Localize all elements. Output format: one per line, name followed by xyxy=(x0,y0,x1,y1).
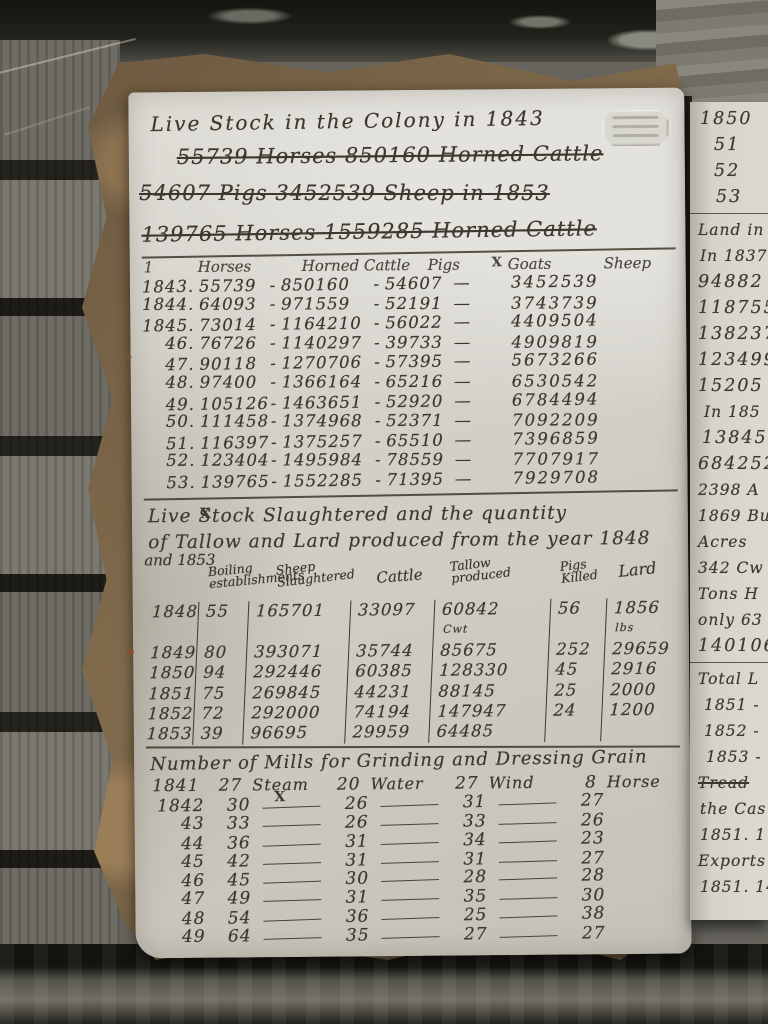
cell-horses: 55739 xyxy=(199,276,265,296)
cell-cattle: 971559 xyxy=(281,294,369,314)
cell-pigs: 52191 xyxy=(385,293,447,313)
cell-sheep: 6784494 xyxy=(512,389,600,410)
dash-line xyxy=(369,831,449,851)
slaughter-row: 185339966952995964485 xyxy=(146,720,677,745)
dash-separator: - xyxy=(370,372,386,392)
cell-year: 1853 xyxy=(146,724,193,745)
dash-separator: - xyxy=(370,411,386,431)
right-page-line: 1869 Bu xyxy=(698,503,768,529)
cell-establishments: 94 xyxy=(195,662,246,683)
right-page-line: 118755 xyxy=(698,295,768,321)
cell-water: 31 xyxy=(331,889,369,908)
ink-rule xyxy=(690,662,768,663)
cell-horses: 111458 xyxy=(200,412,266,432)
page-title: Live Stock in the Colony in 1843 xyxy=(150,104,674,136)
dash-separator: - xyxy=(369,314,385,334)
dash-line xyxy=(369,813,449,832)
cell-year: 46. xyxy=(142,334,199,354)
cell-horses: 139765 xyxy=(201,472,267,492)
cell-establishments: 75 xyxy=(194,683,245,704)
dash-separator: - xyxy=(267,472,283,492)
cell-establishments: 55 xyxy=(197,601,249,642)
cell-year: 45 xyxy=(147,852,213,871)
cell-water: 31 xyxy=(331,851,369,870)
goats-dash: — xyxy=(448,411,478,431)
cell-cattle: 1463651 xyxy=(282,392,370,413)
cell-lard: 1856lbs xyxy=(605,597,683,638)
dash-separator: - xyxy=(369,333,385,353)
cell-sheep: 292446 xyxy=(245,661,348,682)
goats-dash: — xyxy=(447,351,477,371)
dash-line xyxy=(369,906,449,926)
dash-line xyxy=(487,887,567,906)
dash-separator: - xyxy=(370,450,386,470)
cell-wind: 27 xyxy=(444,775,479,794)
cell-cattle: 33097 xyxy=(349,599,435,641)
cell-sheep: 393071 xyxy=(246,641,349,662)
dash-line xyxy=(488,924,568,943)
dash-separator: - xyxy=(266,412,282,432)
col-horses: Horses xyxy=(172,257,302,276)
cell-cattle: 1270706 xyxy=(281,353,369,374)
cell-pigs: 54607 xyxy=(385,274,447,294)
cell-water: 35 xyxy=(332,926,370,945)
right-page-line: Total L xyxy=(698,666,768,692)
cell-water: 30 xyxy=(331,870,369,889)
struck-summary-line: 139765 Horses 1559285 Horned Cattle xyxy=(141,208,675,253)
cell-pigs: 56 xyxy=(549,598,607,639)
cell-sheep: 7396859 xyxy=(512,428,600,449)
cell-cattle: 1164210 xyxy=(281,314,369,335)
dash-separator: - xyxy=(265,294,281,314)
dash-separator: - xyxy=(265,315,281,335)
dash-line xyxy=(369,888,449,907)
cell-pigs: 39733 xyxy=(385,333,447,353)
struck-summary-line: 55739 Horses 850160 Horned Cattle xyxy=(177,134,675,176)
slaughter-row: 1848551657013309760842Cwt561856lbs xyxy=(151,597,683,642)
cell-sheep: 5673266 xyxy=(511,350,599,371)
cell-pigs: 65216 xyxy=(386,372,448,392)
dash-separator: - xyxy=(369,294,385,314)
cell-steam: 42 xyxy=(213,852,251,871)
cell-year: 52. xyxy=(143,451,200,471)
cell-wind: 28 xyxy=(449,868,487,887)
dash-line xyxy=(487,830,567,850)
cell-horse: 27 xyxy=(568,924,606,943)
cell-tallow: 60842Cwt xyxy=(433,598,551,640)
dash-line xyxy=(370,925,450,944)
goats-dash: — xyxy=(447,273,477,293)
title-year-range: and 1853 xyxy=(144,553,215,566)
margin-tick: 1 xyxy=(144,258,172,276)
cell-lard: 1200 xyxy=(601,699,678,720)
cell-tallow: 64485 xyxy=(428,721,545,742)
right-page-line: the Cas xyxy=(700,796,768,822)
cell-establishments: 72 xyxy=(193,703,244,724)
col-lard: Lard xyxy=(618,562,657,578)
cell-establishments: 80 xyxy=(196,642,247,663)
right-page-line: 1850 xyxy=(700,106,768,132)
cell-steam: 27 xyxy=(207,777,242,796)
stain xyxy=(127,648,134,655)
cell-tallow: 85675 xyxy=(432,639,549,660)
col-tallow-produced: Tallow produced xyxy=(449,553,515,584)
right-page-line: 53 xyxy=(716,184,768,210)
cell-wind: 31 xyxy=(448,793,486,812)
cell-water: 20 xyxy=(326,776,361,795)
cell-pigs: 56022 xyxy=(385,313,447,333)
cell-pigs: 45 xyxy=(547,659,604,680)
cell-wind: 35 xyxy=(449,887,487,906)
cell-cattle: 1375257 xyxy=(282,431,370,452)
cell-sheep: 269845 xyxy=(244,682,347,703)
photo-of-manuscript-ledger: Live Stock in the Colony in 1843 55739 H… xyxy=(0,0,768,1024)
right-page-line: 52 xyxy=(714,158,768,184)
right-page-line: In 1837 xyxy=(700,243,768,269)
col-cattle: Cattle xyxy=(376,568,423,584)
x-mark: X xyxy=(200,505,211,521)
dash-line xyxy=(251,908,331,928)
ledger-page: Live Stock in the Colony in 1843 55739 H… xyxy=(128,88,692,959)
dash-line xyxy=(251,833,331,853)
cell-sheep: 7929708 xyxy=(512,467,600,488)
cell-year: 49 xyxy=(148,927,214,946)
cell-cattle: 850160 xyxy=(281,275,369,296)
cell-year: 1848 xyxy=(151,601,199,642)
right-page-line: In 185 xyxy=(704,399,768,425)
goats-dash: — xyxy=(447,312,477,332)
dash-line xyxy=(250,795,330,815)
cell-pigs: 52371 xyxy=(386,411,448,431)
cell-horses: 73014 xyxy=(199,315,265,335)
dash-separator: - xyxy=(369,353,385,373)
cell-cattle: 35744 xyxy=(348,640,433,661)
cell-wind: 34 xyxy=(449,831,487,850)
dash-separator: - xyxy=(370,392,386,412)
livestock-table: 1 Horses Horned Cattle Pigs X Goats Shee… xyxy=(142,254,678,492)
cell-year: 43 xyxy=(147,815,213,834)
right-page-line: 2398 A xyxy=(698,477,768,503)
dash-line xyxy=(368,794,448,814)
cell-sheep: 7707917 xyxy=(512,450,600,470)
cell-steam: 36 xyxy=(213,834,251,853)
cell-cattle: 44231 xyxy=(346,681,431,702)
dash-line xyxy=(251,814,331,833)
cell-sheep: 4409504 xyxy=(511,311,599,332)
cell-wind: 33 xyxy=(449,812,487,831)
right-page-line: 1853 - xyxy=(706,744,768,770)
cell-tallow: 88145 xyxy=(430,680,547,701)
cell-year: 1851 xyxy=(148,683,195,704)
dash-separator: - xyxy=(266,393,282,413)
right-page-line: 1851. 14 xyxy=(700,874,768,900)
cell-year: 48. xyxy=(143,373,200,393)
goats-dash: — xyxy=(448,372,478,392)
livestock-row: 53.139765-1552285-71395—7929708 xyxy=(144,466,678,493)
cell-horses: 64093 xyxy=(199,294,265,314)
right-page-line: 123499 xyxy=(698,347,768,373)
slaughter-rows: 1848551657013309760842Cwt561856lbs 18498… xyxy=(146,597,682,745)
cell-establishments: 39 xyxy=(192,723,243,744)
right-page-line: Acres xyxy=(698,529,768,555)
right-page-line: 1851 - xyxy=(704,692,768,718)
goats-dash: — xyxy=(447,293,477,313)
cell-pigs: 252 xyxy=(548,639,605,660)
col-sheep: Sheep xyxy=(604,254,651,272)
cell-pigs: 78559 xyxy=(386,450,448,470)
cell-cattle: 1552285 xyxy=(283,470,371,491)
dash-separator: - xyxy=(265,333,281,353)
cell-pigs: 24 xyxy=(545,700,602,721)
right-page-line: 684252 xyxy=(698,451,768,477)
right-page-line: 94882 xyxy=(698,269,768,295)
tallow-unit: Cwt xyxy=(443,619,550,640)
right-page-line: 138237 xyxy=(698,321,768,347)
cell-cattle: 1374968 xyxy=(282,411,370,431)
cell-sheep: 165701 xyxy=(247,600,351,642)
dash-line xyxy=(252,926,332,945)
cell-wind: 27 xyxy=(450,925,488,944)
cell-year: 1844. xyxy=(142,294,199,314)
cell-sheep: 96695 xyxy=(242,723,345,744)
cell-year: 53. xyxy=(144,473,201,493)
cell-year: 1850 xyxy=(149,663,196,684)
right-page-line: Land in xyxy=(698,217,768,243)
cell-sheep: 6530542 xyxy=(512,371,600,391)
cell-pigs: 57395 xyxy=(385,352,447,372)
cell-year: 1849 xyxy=(150,642,197,663)
cell-cattle: 1495984 xyxy=(282,450,370,470)
label-steam: Steam xyxy=(242,776,326,796)
cell-horse: 27 xyxy=(566,791,604,810)
slaughter-header-row: and 1853 Boiling establishments Sheep Sl… xyxy=(144,551,678,602)
col-goats: Goats xyxy=(508,255,578,274)
cell-pigs: 52920 xyxy=(386,391,448,411)
cell-pigs xyxy=(544,720,601,741)
dash-line xyxy=(487,905,567,925)
dash-line xyxy=(487,867,567,887)
cell-lard: 2000 xyxy=(602,679,679,700)
cell-sheep: 292000 xyxy=(243,702,346,723)
cell-cattle: 1140297 xyxy=(281,333,369,353)
dash-line xyxy=(251,889,331,908)
right-page-line: Tons H xyxy=(698,581,768,607)
cell-tallow: 147947 xyxy=(429,700,546,721)
right-page-line: only 63 xyxy=(698,607,768,633)
cell-horses: 123404 xyxy=(200,451,266,471)
right-page-line: 15205 xyxy=(698,373,768,399)
dash-line xyxy=(369,869,449,889)
cell-year: 1852 xyxy=(147,703,194,724)
ink-rule xyxy=(690,213,768,214)
dash-separator: - xyxy=(370,431,386,451)
cell-pigs: 25 xyxy=(546,679,603,700)
cell-year: 47 xyxy=(147,890,213,909)
dash-line xyxy=(486,792,566,812)
cell-horse: 23 xyxy=(567,829,605,848)
dash-separator: - xyxy=(370,470,386,490)
cell-year: 50. xyxy=(143,412,200,432)
cell-water: 26 xyxy=(331,813,369,832)
dash-line xyxy=(369,850,449,869)
col-pigs: Pigs xyxy=(428,255,492,274)
cell-lard: 2916 xyxy=(603,658,680,679)
cell-steam: 49 xyxy=(213,890,251,909)
label-wind: Wind xyxy=(479,774,563,794)
struck-summary-line: 54607 Pigs 3452539 Sheep in 1853 xyxy=(139,174,675,212)
tallow-value: 60842 xyxy=(442,598,551,619)
dash-line xyxy=(251,870,331,890)
cell-lard: 29659 xyxy=(604,638,681,659)
cell-cattle: 74194 xyxy=(345,701,430,722)
cell-pigs: 71395 xyxy=(386,469,448,489)
dash-separator: - xyxy=(265,354,281,374)
cell-horses: 97400 xyxy=(200,372,266,392)
dash-line xyxy=(487,812,567,831)
cell-horses: 76726 xyxy=(199,333,265,353)
cell-sheep: 7092209 xyxy=(512,410,600,430)
slaughter-section: X Live Stock Slaughtered and the quantit… xyxy=(144,499,680,744)
goats-dash: — xyxy=(448,430,478,450)
mills-title: Number of Mills for Grinding and Dressin… xyxy=(150,746,680,775)
mills-section: Number of Mills for Grinding and Dressin… xyxy=(146,748,682,947)
col-pigs-killed: Pigs Killed xyxy=(559,556,605,585)
right-page-line: 140106 xyxy=(698,633,768,659)
col-sheep-slaughtered: Sheep Slaughtered xyxy=(275,557,347,589)
cell-cattle: 1366164 xyxy=(282,372,370,392)
cell-horse: 28 xyxy=(567,867,605,886)
cell-tallow: 128330 xyxy=(431,660,548,681)
col-boiling-establishments: Boiling establishments xyxy=(207,560,267,589)
cell-sheep: 3452539 xyxy=(511,272,599,293)
cell-water: 36 xyxy=(331,908,369,927)
goats-dash: — xyxy=(447,333,477,353)
label-water: Water xyxy=(360,775,444,795)
right-page-line: 51 xyxy=(714,132,768,158)
dash-separator: - xyxy=(265,276,281,296)
lard-unit: lbs xyxy=(615,618,682,639)
x-mark: X xyxy=(492,255,508,273)
cell-lard xyxy=(600,720,677,741)
goats-dash: — xyxy=(448,391,478,411)
cell-cattle: 60385 xyxy=(347,661,432,682)
adjacent-page-fragment: 1850 51 52 53 Land in In 1837 94882 1187… xyxy=(690,102,768,920)
right-page-line: 342 Cw xyxy=(698,555,768,581)
dash-line xyxy=(487,849,567,868)
dash-separator: - xyxy=(266,372,282,392)
right-page-line: 1852 - xyxy=(704,718,768,744)
right-page-line: Exports xyxy=(698,848,768,874)
cell-water: 31 xyxy=(331,832,369,851)
dash-line xyxy=(251,851,331,870)
col-horned-cattle: Horned Cattle xyxy=(302,256,428,275)
stain xyxy=(127,354,132,359)
cell-wind: 25 xyxy=(449,906,487,925)
mills-row: 4964352727 xyxy=(148,923,682,946)
goats-dash: — xyxy=(448,450,478,470)
cell-horse: 38 xyxy=(567,904,605,923)
dash-separator: - xyxy=(266,451,282,471)
page-content: Live Stock in the Colony in 1843 55739 H… xyxy=(140,100,681,951)
cell-steam: 64 xyxy=(214,927,252,946)
cell-year: 1841 xyxy=(146,777,207,796)
cell-cattle: 29959 xyxy=(344,722,429,743)
lard-value: 1856 xyxy=(614,597,683,618)
goats-dash: — xyxy=(448,469,478,489)
right-page-line: 1851. 1 xyxy=(700,822,768,848)
right-page-line: 13845 xyxy=(702,425,768,451)
dash-separator: - xyxy=(369,274,385,294)
cell-water: 26 xyxy=(330,795,368,814)
dash-separator: - xyxy=(266,432,282,452)
cell-pigs: 65510 xyxy=(386,430,448,450)
right-page-line-struck: Tread xyxy=(698,770,768,796)
cell-steam: 33 xyxy=(213,814,251,833)
